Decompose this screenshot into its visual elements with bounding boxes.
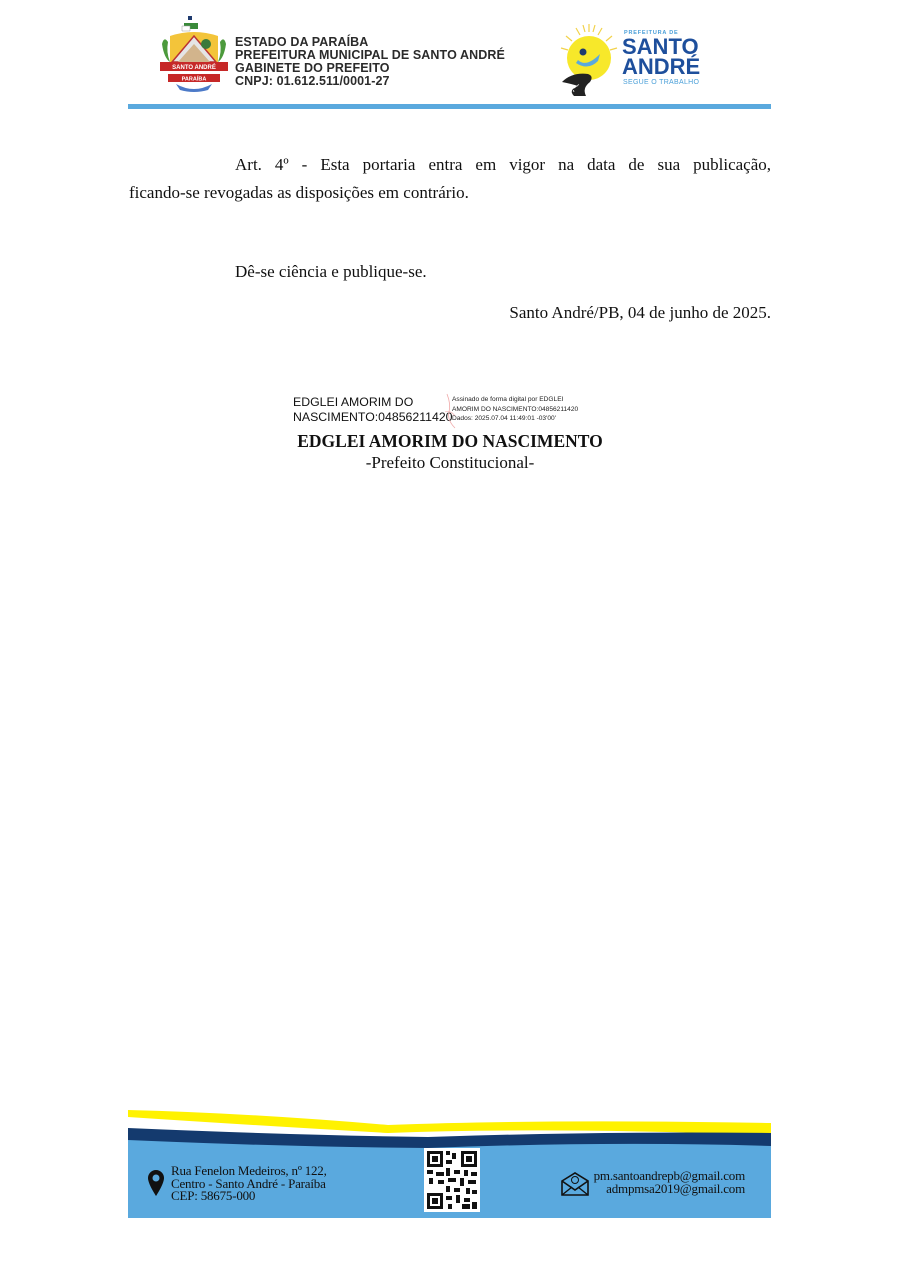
footer: Rua Fenelon Medeiros, nº 122, Centro - S…	[128, 1105, 771, 1218]
sun-road-logo-icon	[556, 20, 622, 98]
coat-of-arms-icon: SANTO ANDRÉ PARAÍBA	[156, 14, 232, 94]
letterhead-text: ESTADO DA PARAÍBA PREFEITURA MUNICIPAL D…	[235, 36, 505, 88]
dateline: Santo André/PB, 04 de junho de 2025.	[509, 303, 771, 323]
cnpj: CNPJ: 01.612.511/0001-27	[235, 75, 505, 88]
footer-address: Rua Fenelon Medeiros, nº 122, Centro - S…	[171, 1165, 327, 1203]
signature-details: Assinado de forma digital por EDGLEI AMO…	[452, 395, 578, 424]
email-link-2[interactable]: admpmsa2019@gmail.com	[594, 1182, 745, 1195]
logo-name-line2: ANDRÉ	[622, 57, 700, 77]
signer-role: -Prefeito Constitucional-	[0, 453, 900, 473]
map-pin-icon	[147, 1169, 165, 1197]
article-paragraph: Art. 4º - Esta portaria entra em vigor n…	[129, 151, 771, 207]
logo-slogan: SEGUE O TRABALHO	[623, 79, 699, 86]
closing-statement: Dê-se ciência e publique-se.	[235, 262, 427, 282]
qr-code-icon[interactable]	[424, 1148, 480, 1212]
signer-name: EDGLEI AMORIM DO NASCIMENTO	[0, 431, 900, 452]
article-line-1: Art. 4º - Esta portaria entra em vigor n…	[129, 151, 771, 179]
footer-emails: pm.santoandrepb@gmail.com admpmsa2019@gm…	[594, 1169, 745, 1195]
letterhead: SANTO ANDRÉ PARAÍBA ESTADO DA PARAÍBA PR…	[128, 10, 771, 110]
article-line-2: ficando-se revogadas as disposições em c…	[129, 179, 771, 207]
digital-signature[interactable]: EDGLEI AMORIM DO NASCIMENTO:04856211420 …	[293, 394, 613, 430]
digital-signer-id: EDGLEI AMORIM DO NASCIMENTO:04856211420	[293, 395, 453, 425]
header-divider	[128, 104, 771, 109]
svg-text:PARAÍBA: PARAÍBA	[182, 75, 207, 83]
svg-text:SANTO ANDRÉ: SANTO ANDRÉ	[172, 63, 216, 71]
envelope-icon	[560, 1171, 590, 1197]
municipal-logo: PREFEITURA DE SANTO ANDRÉ SEGUE O TRABAL…	[556, 20, 716, 100]
